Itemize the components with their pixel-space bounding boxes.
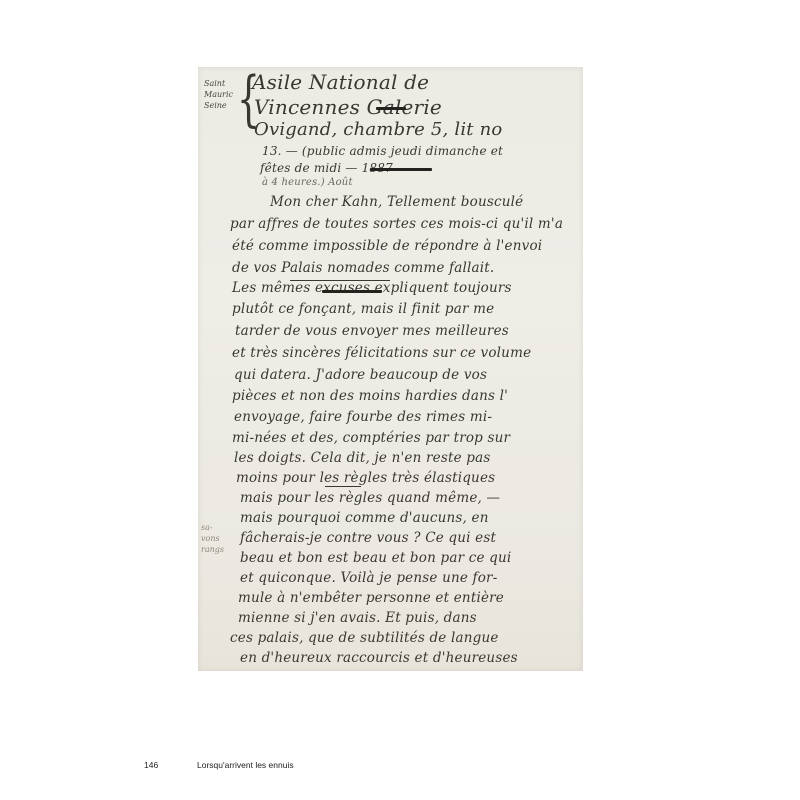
margin-note-mid-left: sa- vons rangs [201, 522, 224, 555]
body-line: par affres de toutes sortes ces mois-ci … [230, 218, 563, 232]
body-line: mais pourquoi comme d'aucuns, en [240, 512, 489, 526]
body-line: pièces et non des moins hardies dans l' [232, 390, 508, 404]
body-line: et très sincères félicitations sur ce vo… [232, 347, 531, 361]
body-line: de vos Palais nomades comme fallait. [232, 262, 494, 276]
header-line-1: Asile National de [252, 72, 429, 92]
body-line: Mon cher Kahn, Tellement bousculé [270, 196, 523, 210]
body-line: été comme impossible de répondre à l'env… [232, 240, 542, 254]
body-line: qui datera. J'adore beaucoup de vos [234, 369, 487, 383]
body-line: mienne si j'en avais. Et puis, dans [238, 612, 477, 626]
body-line: mi-nées et des, comptéries par trop sur [232, 432, 510, 446]
header-line-3: Ovigand, chambre 5, lit no [254, 121, 502, 139]
page-number: 146 [144, 760, 158, 770]
margin-note-top-left: Saint Mauric Seine [204, 78, 233, 111]
strikethrough-mark [370, 168, 432, 171]
body-line: les doigts. Cela dit, je n'en reste pas [234, 452, 490, 466]
body-line: en d'heureux raccourcis et d'heureuses [240, 652, 518, 666]
header-line-4: 13. — (public admis jeudi dimanche et [262, 145, 503, 157]
header-line-6: à 4 heures.) Août [262, 178, 353, 188]
body-line: mais pour les règles quand même, — [240, 492, 500, 506]
body-line: beau et bon est beau et bon par ce qui [240, 552, 511, 566]
running-title: Lorsqu'arrivent les ennuis [197, 760, 294, 770]
body-line: Les mêmes excuses expliquent toujours [232, 282, 512, 296]
underline-mark [325, 486, 361, 487]
body-line: fâcherais-je contre vous ? Ce qui est [240, 532, 496, 546]
body-line: tarder de vous envoyer mes meilleures [235, 325, 509, 339]
strikethrough-mark [376, 107, 406, 110]
strikethrough-mark [322, 290, 382, 293]
body-line: moins pour les règles très élastiques [236, 472, 495, 486]
body-line: ces palais, que de subtilités de langue [230, 632, 499, 646]
brace-mark: { [237, 70, 244, 128]
body-line: plutôt ce fonçant, mais il finit par me [232, 303, 494, 317]
body-line: envoyage, faire fourbe des rimes mi- [234, 411, 492, 425]
header-line-2: Vincennes Galerie [254, 97, 442, 117]
body-line: mule à n'embêter personne et entière [238, 592, 504, 606]
body-line: et quiconque. Voilà je pense une for- [240, 572, 497, 586]
